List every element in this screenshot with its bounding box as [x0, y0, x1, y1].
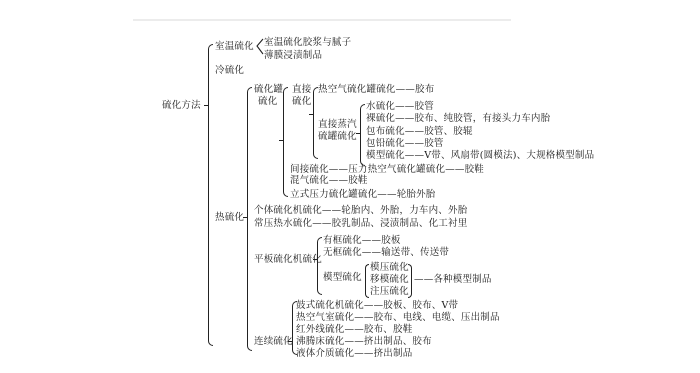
continuous-item-5: 液体介质硫化——挤出制品: [296, 348, 412, 359]
top-divider: [133, 19, 511, 21]
mold-label: 模型硫化: [323, 272, 362, 283]
indirect-tank: 间接硫化——压力热空气硫化罐硫化——胶鞋: [290, 164, 484, 175]
mold-item-1: 模压硫化: [370, 262, 409, 273]
tank-bracket-tip: [279, 140, 283, 141]
individual-press: 个体硫化机硫化——轮胎内、外胎，力车内、外胎: [254, 205, 467, 216]
hot-air-tank: 热空气硫化罐硫化——胶布: [318, 84, 434, 95]
direct-label-2: 硫化: [292, 96, 311, 107]
hot-bracket: [247, 87, 252, 351]
room-temp-label: 室温硫化: [215, 41, 254, 52]
framed: 有框硫化——胶板: [323, 235, 401, 246]
flat-plate-bracket: [317, 237, 322, 295]
continuous-item-3: 红外线硫化——胶布、胶鞋: [296, 324, 412, 335]
room-temp-item-2: 薄膜浸渍制品: [264, 50, 322, 61]
room-temp-angle: [256, 38, 264, 56]
steam-item-4: 包铅硫化——胶管: [366, 138, 444, 149]
steam-item-2: 裸硫化——胶布、纯胶管，有接头力车内胎: [366, 113, 550, 124]
mixed-gas: 混气硫化——胶鞋: [290, 175, 368, 186]
root-label: 硫化方法: [162, 100, 201, 111]
hot-water: 常压热水硫化——胶乳制品、浸渍制品、化工衬里: [254, 218, 467, 229]
frameless: 无框硫化——输送带、传送带: [323, 247, 449, 258]
vertical-tank: 立式压力硫化罐硫化——轮胎外胎: [290, 189, 436, 200]
steam-bracket: [360, 104, 365, 166]
flat-plate-bracket-tip: [313, 259, 317, 260]
root-bracket-tip: [204, 105, 208, 106]
continuous-item-1: 鼓式硫化机硫化——胶板、胶布、V带: [296, 300, 458, 311]
hot-bracket-tip: [243, 217, 247, 218]
mold-item-2: 移模硫化: [370, 274, 409, 285]
steam-bracket-tip: [356, 133, 360, 134]
flat-plate-label: 平板硫化机硫化: [254, 254, 322, 265]
hot-label: 热硫化: [215, 212, 244, 223]
direct-label-1: 直接: [292, 84, 311, 95]
mold-bracket-right: [408, 264, 412, 298]
continuous-item-4: 沸腾床硫化——挤出制品、胶布: [296, 336, 432, 347]
steam-item-3: 包布硫化——胶管、胶辊: [366, 126, 473, 137]
steam-label-2: 硫罐硫化: [318, 131, 357, 142]
mold-item-3: 注压硫化: [370, 286, 409, 297]
continuous-bracket-tip: [288, 341, 292, 342]
tank-label-2: 硫化: [258, 96, 277, 107]
root-bracket: [208, 44, 213, 346]
mold-bracket-left: [365, 264, 369, 298]
steam-item-1: 水硫化——胶管: [366, 101, 434, 112]
direct-bracket-tip: [309, 114, 313, 115]
steam-label-1: 直接蒸汽: [318, 119, 357, 130]
tank-label-1: 硫化罐: [254, 84, 283, 95]
continuous-label: 连续硫化: [254, 336, 293, 347]
steam-item-5: 模型硫化——V带、风扇带(圆模法)、大规格模型制品: [366, 150, 594, 161]
mold-result: ——各种模型制品: [414, 274, 492, 285]
room-temp-item-1: 室温硫化胶浆与腻子: [264, 37, 351, 48]
tank-bracket: [283, 87, 288, 197]
cold-label: 冷硫化: [215, 65, 244, 76]
continuous-item-2: 热空气室硫化——胶布、电线、电缆、压出制品: [296, 312, 500, 323]
